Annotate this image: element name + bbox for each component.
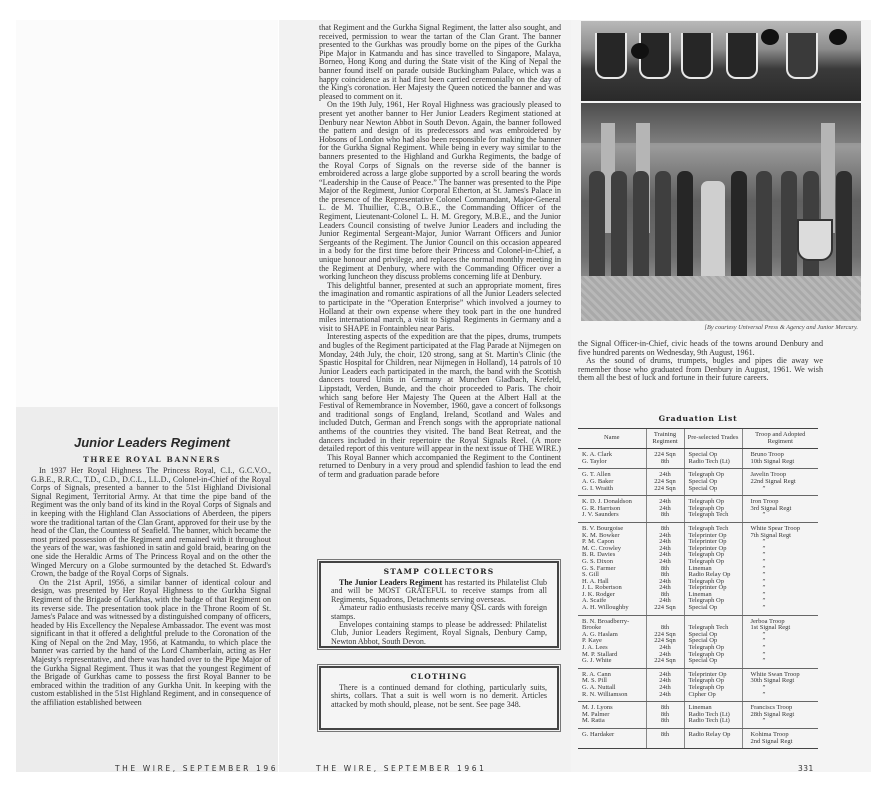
photo-presentation-group: [581, 103, 861, 321]
person: [701, 181, 725, 281]
bearskin-icon: [631, 43, 649, 59]
cell-line: ”: [751, 718, 817, 725]
trade-cell: Telegraph TechSpecial OpSpecial OpTelegr…: [684, 615, 742, 668]
paragraph: As the sound of drums, trumpets, bugles …: [578, 357, 823, 383]
cell-line: ”: [751, 605, 817, 612]
paragraph: There is a continued demand for clothing…: [331, 684, 547, 709]
cell-line: 8th: [649, 718, 682, 725]
name-cell: M. J. LyonsM. PalmerM. Ratia: [578, 702, 646, 729]
cell-line: Special Op: [689, 658, 740, 665]
page-footer-middle: THE WIRE, SEPTEMBER 1961: [316, 764, 486, 773]
troop-cell: Jerboa Troop1st Signal Regt”””””: [742, 615, 818, 668]
article-title: Junior Leaders Regiment: [32, 435, 272, 450]
name-cell: K. A. ClarkG. Taylor: [578, 449, 646, 469]
trade-cell: Telegraph TechTeleprinter OpTeleprinter …: [684, 522, 742, 615]
cell-line: Cipher Op: [689, 692, 740, 699]
trade-cell: Special OpRadio Tech (Lt): [684, 449, 742, 469]
table-body: K. A. ClarkG. Taylor224 Sqn8thSpecial Op…: [578, 449, 818, 749]
cell-line: ”: [751, 592, 817, 599]
cell-line: Special Op: [689, 605, 740, 612]
photo-pipers-banners: [581, 21, 861, 101]
cell-line: ”: [751, 539, 817, 546]
cell-line: ”: [751, 685, 817, 692]
page-footer-left: THE WIRE, SEPTEMBER 1961: [115, 764, 285, 773]
banner-icon: [786, 33, 818, 79]
header-trades: Pre-selected Trades: [684, 429, 742, 449]
trade-cell: Teleprinter OpTelegraph OpTelegraph OpCi…: [684, 668, 742, 701]
troop-cell: Franciscs Troop28th Signal Regt”: [742, 702, 818, 729]
name-cell: B. V. BourgoiseK. M. BowkerP. M. CaponM.…: [578, 522, 646, 615]
cell-line: 224 Sqn: [649, 605, 682, 612]
banner-icon: [726, 33, 758, 79]
cell-line: ”: [751, 486, 817, 493]
person: [781, 171, 797, 281]
paragraph: On the 19th July, 1961, Her Royal Highne…: [319, 101, 561, 281]
table-row: B. N. Broadberry-BrookeA. G. HaslamP. Ka…: [578, 615, 818, 668]
floor: [581, 276, 861, 321]
table-row: G. T. AllenA. G. BakerG. I. Wraith24th22…: [578, 469, 818, 496]
paragraph: This delightful banner, presented at suc…: [319, 282, 561, 334]
banner-icon: [595, 33, 627, 79]
cell-line: R. N. Williamson: [582, 692, 644, 699]
trade-cell: Radio Relay Op: [684, 728, 742, 748]
cell-line: 7th Signal Regt: [751, 533, 817, 540]
header-training-regiment: Training Regiment: [646, 429, 684, 449]
pillar: [821, 123, 835, 233]
right-article-body: the Signal Officer-in-Chief, civic heads…: [578, 340, 823, 383]
regiment-cell: 8th: [646, 728, 684, 748]
bearskin-icon: [829, 29, 847, 45]
name-cell: R. A. CannM. S. PillG. A. NuttallR. N. W…: [578, 668, 646, 701]
cell-line: 8th: [649, 732, 682, 739]
banner-icon: [797, 219, 833, 261]
cell-line: 28th Signal Regt: [751, 712, 817, 719]
regiment-cell: 8th224 Sqn224 Sqn24th24th224 Sqn: [646, 615, 684, 668]
regiment-cell: 8th24th24th24th24th24th8th8th24th24th8th…: [646, 522, 684, 615]
cell-line: 1st Signal Regt: [751, 625, 817, 632]
cell-line: 224 Sqn: [649, 486, 682, 493]
cell-line: ”: [751, 559, 817, 566]
table-row: K. A. ClarkG. Taylor224 Sqn8thSpecial Op…: [578, 449, 818, 469]
cell-line: ”: [751, 692, 817, 699]
cell-line: 8th: [649, 459, 682, 466]
cell-line: Radio Tech (Lt): [689, 718, 740, 725]
cell-line: Telegraph Tech: [689, 512, 740, 519]
person: [611, 171, 627, 281]
person: [731, 171, 747, 281]
header-troop: Troop and Adopted Regiment: [742, 429, 818, 449]
cell-line: G. Taylor: [582, 459, 644, 466]
name-cell: G. Hardaker: [578, 728, 646, 748]
box-body: The Junior Leaders Regiment has restarte…: [331, 579, 547, 646]
person: [655, 171, 671, 281]
box-title: CLOTHING: [331, 672, 547, 681]
cell-line: ”: [751, 512, 817, 519]
cell-line: 224 Sqn: [649, 658, 682, 665]
bearskin-icon: [761, 29, 779, 45]
table-row: R. A. CannM. S. PillG. A. NuttallR. N. W…: [578, 668, 818, 701]
regiment-cell: 24th24th8th: [646, 496, 684, 523]
paragraph: On the 21st April, 1956, a similar banne…: [31, 579, 271, 708]
name-cell: B. N. Broadberry-BrookeA. G. HaslamP. Ka…: [578, 615, 646, 668]
cell-line: 8th: [649, 512, 682, 519]
cell-line: ”: [751, 598, 817, 605]
trade-cell: Telegraph OpSpecial OpSpecial Op: [684, 469, 742, 496]
cell-line: G. J. White: [582, 658, 644, 665]
table-row: K. D. J. DonaldsonG. R. HarrisonJ. V. Sa…: [578, 496, 818, 523]
table-header-row: Name Training Regiment Pre-selected Trad…: [578, 429, 818, 449]
cell-line: ”: [751, 632, 817, 639]
regiment-cell: 224 Sqn8th: [646, 449, 684, 469]
person: [677, 171, 693, 281]
header-name: Name: [578, 429, 646, 449]
person: [589, 171, 605, 281]
cell-line: ”: [751, 546, 817, 553]
box-title: STAMP COLLECTORS: [331, 567, 547, 576]
table-row: M. J. LyonsM. PalmerM. Ratia8th8th8thLin…: [578, 702, 818, 729]
graduation-list-title: Graduation List: [578, 414, 818, 423]
box-body: There is a continued demand for clothing…: [331, 684, 547, 709]
paragraph: the Signal Officer-in-Chief, civic heads…: [578, 340, 823, 357]
cell-line: ”: [751, 572, 817, 579]
troop-cell: Javelin Troop22nd Signal Regt”: [742, 469, 818, 496]
regiment-cell: 24th24th24th24th: [646, 668, 684, 701]
paragraph: In 1937 Her Royal Highness The Princess …: [31, 467, 271, 579]
cell-line: ”: [751, 579, 817, 586]
cell-line: ”: [751, 652, 817, 659]
paragraph: This Royal Banner which accompanied the …: [319, 454, 561, 480]
name-cell: K. D. J. DonaldsonG. R. HarrisonJ. V. Sa…: [578, 496, 646, 523]
page-number: 331: [798, 764, 814, 773]
cell-line: 22nd Signal Regt: [751, 479, 817, 486]
paragraph: Envelopes containing stamps to please be…: [331, 621, 547, 646]
troop-cell: White Spear Troop7th Signal Regt””””””””…: [742, 522, 818, 615]
troop-cell: Bruno Troop10th Signal Regt: [742, 449, 818, 469]
article-subtitle: THREE ROYAL BANNERS: [32, 455, 272, 464]
person: [633, 171, 649, 281]
cell-line: Special Op: [689, 486, 740, 493]
cell-line: G. I. Wraith: [582, 486, 644, 493]
table-row: B. V. BourgoiseK. M. BowkerP. M. CaponM.…: [578, 522, 818, 615]
name-cell: G. T. AllenA. G. BakerG. I. Wraith: [578, 469, 646, 496]
paragraph: Interesting aspects of the expedition ar…: [319, 333, 561, 453]
left-article-body: In 1937 Her Royal Highness The Princess …: [31, 467, 271, 708]
regiment-cell: 24th224 Sqn224 Sqn: [646, 469, 684, 496]
cell-line: 2nd Signal Regt: [751, 739, 817, 746]
ceiling: [581, 103, 861, 143]
trade-cell: Telegraph OpTelegraph OpTelegraph Tech: [684, 496, 742, 523]
cell-line: 10th Signal Regt: [751, 459, 817, 466]
stamp-collectors-box: STAMP COLLECTORS The Junior Leaders Regi…: [319, 561, 559, 648]
cell-line: ”: [751, 638, 817, 645]
troop-cell: Iron Troop3rd Signal Regt”: [742, 496, 818, 523]
clothing-box: CLOTHING There is a continued demand for…: [319, 666, 559, 730]
cell-line: ”: [751, 566, 817, 573]
trade-cell: LinemanRadio Tech (Lt)Radio Tech (Lt): [684, 702, 742, 729]
troop-cell: White Swan Troop30th Signal Regt””: [742, 668, 818, 701]
troop-cell: Kohima Troop2nd Signal Regt: [742, 728, 818, 748]
paragraph: Amateur radio enthusiasts receive many Q…: [331, 604, 547, 621]
table-row: G. Hardaker8thRadio Relay OpKohima Troop…: [578, 728, 818, 748]
cell-line: J. V. Saunders: [582, 512, 644, 519]
cell-line: ”: [751, 585, 817, 592]
person: [756, 171, 772, 281]
cell-line: M. Ratia: [582, 718, 644, 725]
cell-line: Radio Relay Op: [689, 732, 740, 739]
paragraph: that Regiment and the Gurkha Signal Regi…: [319, 24, 561, 101]
cell-line: ”: [751, 658, 817, 665]
cell-line: 24th: [649, 692, 682, 699]
regiment-cell: 8th8th8th: [646, 702, 684, 729]
graduation-table: Name Training Regiment Pre-selected Trad…: [578, 428, 818, 749]
cell-line: 3rd Signal Regt: [751, 506, 817, 513]
cell-line: Radio Tech (Lt): [689, 459, 740, 466]
cell-line: A. H. Willoughby: [582, 605, 644, 612]
cell-line: ”: [751, 645, 817, 652]
cell-line: 30th Signal Regt: [751, 678, 817, 685]
cell-line: G. Hardaker: [582, 732, 644, 739]
cell-line: ”: [751, 552, 817, 559]
middle-article-body: that Regiment and the Gurkha Signal Regi…: [319, 24, 561, 479]
photo-caption: [By courtesy Universal Press & Agency an…: [600, 324, 858, 331]
banner-icon: [681, 33, 713, 79]
person: [836, 171, 852, 281]
